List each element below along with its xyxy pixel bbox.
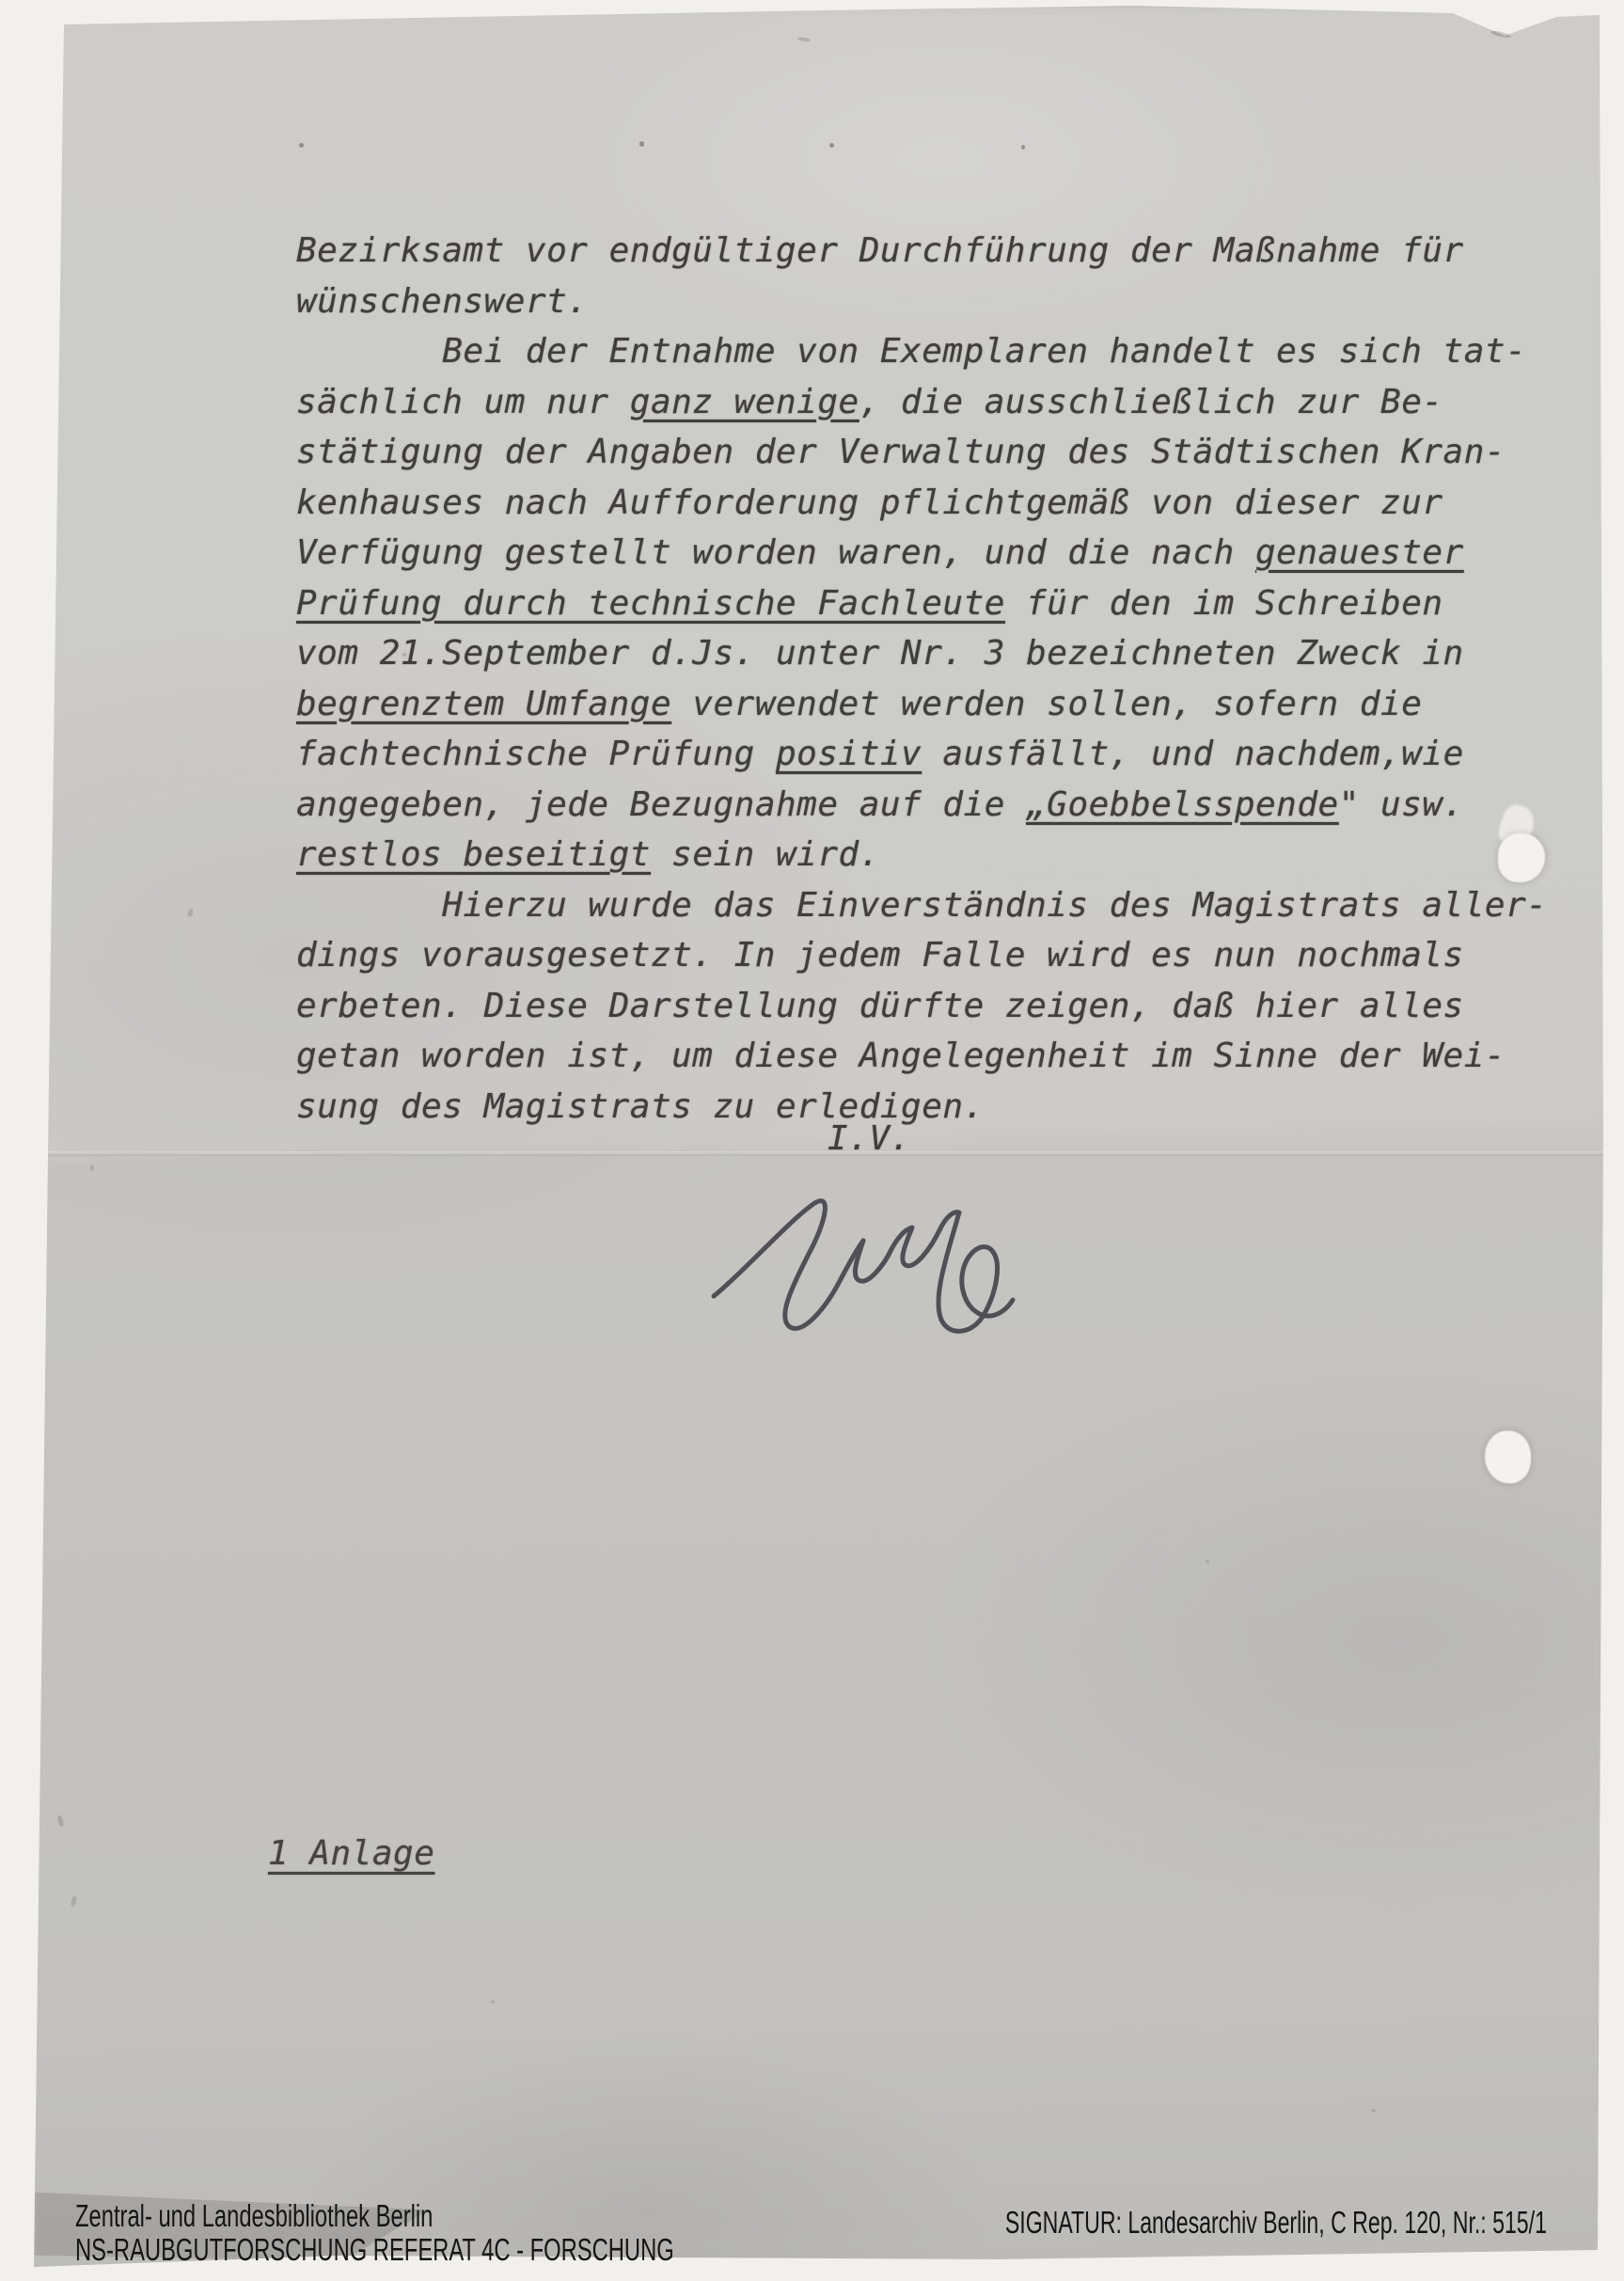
typed-text: dings vorausgesetzt. In jedem Falle wird… — [296, 936, 1464, 974]
document-line: restlos beseitigt sein wird. — [296, 830, 1547, 880]
document-line: sächlich um nur ganz wenige, die ausschl… — [296, 377, 1547, 428]
signature-stroke-2 — [855, 1228, 940, 1281]
typed-text: " usw. — [1339, 785, 1464, 824]
document-line: angegeben, jede Bezugnahme auf die „Goeb… — [296, 780, 1547, 831]
typed-text: vom 21.September d.Js. unter Nr. 3 bezei… — [296, 634, 1464, 673]
typed-text: fachtechnische Prüfung — [296, 735, 776, 773]
typed-text: kenhauses nach Aufforderung pflichtgemäß… — [296, 483, 1443, 522]
footer-signature-reference: SIGNATUR: Landesarchiv Berlin, C Rep. 12… — [1005, 2205, 1547, 2241]
typed-text: Bezirksamt vor endgültiger Durchführung … — [296, 231, 1464, 270]
enclosure-note: 1 Anlage — [268, 1834, 434, 1873]
underlined-text: restlos beseitigt — [296, 835, 651, 874]
typed-text: , die ausschließlich zur Be- — [859, 383, 1443, 421]
document-line: wünschenswert. — [296, 277, 1547, 327]
document-line: sung des Magistrats zu erledigen. — [296, 1082, 1547, 1133]
footer-left: Zentral- und Landesbibliothek Berlin NS-… — [75, 2199, 674, 2267]
document-line: erbeten. Diese Darstellung dürfte zeigen… — [296, 981, 1547, 1032]
underlined-text: ganz wenige — [630, 383, 859, 421]
signature-handwritten — [701, 1174, 1049, 1348]
fold-crease — [38, 1151, 1603, 1156]
document-line: vom 21.September d.Js. unter Nr. 3 bezei… — [296, 628, 1547, 679]
signature-stroke-3 — [938, 1212, 1013, 1332]
typed-text: Verfügung gestellt worden waren, und die… — [296, 533, 1255, 572]
typed-text: stätigung der Angaben der Verwaltung des… — [296, 433, 1506, 471]
document-line: Hierzu wurde das Einverständnis des Magi… — [296, 880, 1547, 931]
dust-speck — [1021, 145, 1025, 150]
typed-text: Bei der Entnahme von Exemplaren handelt … — [296, 332, 1526, 371]
signature-stroke-1 — [714, 1201, 863, 1329]
closing-iv: I.V. — [828, 1119, 911, 1158]
archival-scan: Bezirksamt vor endgültiger Durchführung … — [0, 0, 1624, 2281]
document-line: begrenztem Umfange verwendet werden soll… — [296, 679, 1547, 730]
dust-speck — [402, 653, 406, 657]
document-line: stätigung der Angaben der Verwaltung des… — [296, 427, 1547, 478]
dust-speck — [829, 143, 834, 148]
dust-speck — [1206, 1560, 1209, 1563]
document-line: Verfügung gestellt worden waren, und die… — [296, 528, 1547, 578]
typed-text: Hierzu wurde das Einverständnis des Magi… — [296, 886, 1547, 925]
document-line: kenhauses nach Aufforderung pflichtgemäß… — [296, 478, 1547, 529]
dust-speck — [299, 143, 304, 148]
dust-speck — [1371, 2109, 1376, 2113]
typed-text: sein wird. — [651, 835, 880, 874]
typed-text: erbeten. Diese Darstellung dürfte zeigen… — [296, 987, 1464, 1025]
document-line: Bezirksamt vor endgültiger Durchführung … — [296, 226, 1547, 277]
document-line: fachtechnische Prüfung positiv ausfällt,… — [296, 729, 1547, 780]
typed-text: verwendet werden sollen, sofern die — [671, 685, 1422, 723]
typed-text: getan worden ist, um diese Angelegenheit… — [296, 1037, 1506, 1075]
underlined-text: „Goebbelsspende — [1026, 785, 1339, 824]
punch-hole-bottom — [1485, 1431, 1531, 1483]
typed-text: für den im Schreiben — [1005, 584, 1443, 623]
dust-speck — [639, 141, 644, 147]
document-line: dings vorausgesetzt. In jedem Falle wird… — [296, 930, 1547, 981]
typed-text: ausfällt, und nachdem,wie — [922, 735, 1464, 773]
letter-body-text: Bezirksamt vor endgültiger Durchführung … — [296, 226, 1547, 1132]
underlined-text: positiv — [776, 735, 922, 773]
underlined-text: genauester — [1255, 533, 1464, 572]
dust-speck — [491, 2000, 495, 2004]
typed-text: angegeben, jede Bezugnahme auf die — [296, 785, 1026, 824]
underlined-text: begrenztem Umfange — [296, 685, 671, 723]
document-line: Prüfung durch technische Fachleute für d… — [296, 578, 1547, 629]
document-line: getan worden ist, um diese Angelegenheit… — [296, 1031, 1547, 1082]
typed-text: sächlich um nur — [296, 383, 630, 421]
underlined-text: Prüfung durch technische Fachleute — [296, 584, 1005, 623]
typed-text: wünschenswert. — [296, 282, 588, 321]
document-line: Bei der Entnahme von Exemplaren handelt … — [296, 326, 1547, 377]
margin-mark — [90, 1164, 94, 1171]
footer-institution: Zentral- und Landesbibliothek Berlin — [75, 2199, 674, 2233]
footer-department: NS-RAUBGUTFORSCHUNG REFERAT 4C - FORSCHU… — [75, 2233, 674, 2267]
